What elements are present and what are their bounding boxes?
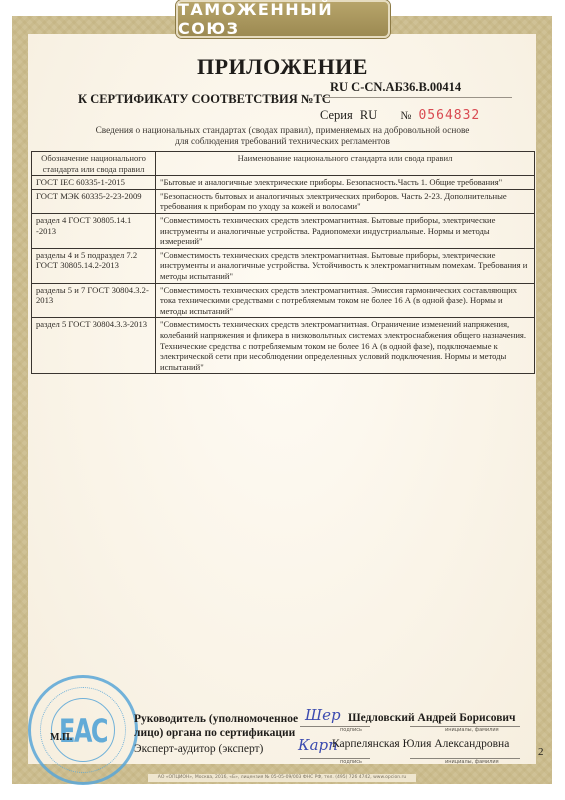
- standard-name: "Безопасность бытовых и аналогичных элек…: [156, 189, 535, 213]
- customs-union-banner: ТАМОЖЕННЫЙ СОЮЗ: [176, 0, 390, 38]
- expert-role-label: Эксперт-аудитор (эксперт): [134, 742, 263, 756]
- standard-code: раздел 4 ГОСТ 30805.14.1 -2013: [32, 213, 156, 248]
- standard-code: раздел 5 ГОСТ 30804.3.3-2013: [32, 318, 156, 374]
- head-role-line-2: лицо) органа по сертификации: [134, 726, 298, 740]
- table-row: разделы 5 и 7 ГОСТ 30804.3.2-2013"Совмес…: [32, 283, 535, 318]
- expert-name-caption: инициалы, фамилия: [445, 759, 499, 765]
- standard-name: "Совместимость технических средств элект…: [156, 248, 535, 283]
- page-number: 2: [538, 746, 544, 758]
- expert-name: Карпелянская Юлия Александровна: [332, 738, 509, 750]
- column-header-code: Обозначение национального стандарта или …: [32, 152, 156, 176]
- printer-imprint: АО «ОПЦИОН», Москва, 2016, «Б», лицензия…: [148, 774, 416, 782]
- document-title: ПРИЛОЖЕНИЕ: [0, 54, 565, 80]
- standard-code: ГОСТ МЭК 60335-2-23-2009: [32, 189, 156, 213]
- table-row: ГОСТ МЭК 60335-2-23-2009"Безопасность бы…: [32, 189, 535, 213]
- number-sign: №: [400, 110, 411, 122]
- eac-stamp: ЕАС: [28, 675, 138, 785]
- head-signature: Шер: [305, 706, 341, 724]
- expert-signature-caption: подпись: [340, 759, 362, 765]
- certificate-number: RU C-CN.АБ36.В.00414: [330, 80, 461, 95]
- intro-text: Сведения о национальных стандартах (свод…: [30, 126, 535, 148]
- head-name: Шедловский Андрей Борисович: [348, 712, 516, 724]
- standards-table: Обозначение национального стандарта или …: [31, 151, 535, 374]
- certificate-number-underline: [322, 97, 512, 98]
- stamp-place-label: М.П.: [50, 732, 72, 743]
- blank-number: 0564832: [418, 108, 480, 123]
- standard-code: разделы 4 и 5 подраздел 7.2 ГОСТ 30805.1…: [32, 248, 156, 283]
- standard-code: ГОСТ IEC 60335-1-2015: [32, 176, 156, 190]
- series-value: RU: [360, 108, 377, 122]
- table-row: раздел 4 ГОСТ 30805.14.1 -2013"Совместим…: [32, 213, 535, 248]
- standard-name: "Бытовые и аналогичные электрические при…: [156, 176, 535, 190]
- standard-name: "Совместимость технических средств элект…: [156, 283, 535, 318]
- intro-line-2: для соблюдения требований технических ре…: [30, 137, 535, 148]
- standard-name: "Совместимость технических средств элект…: [156, 213, 535, 248]
- document-subtitle: К СЕРТИФИКАТУ СООТВЕТСТВИЯ №ТС: [78, 92, 331, 107]
- eac-mark-icon: ЕАС: [44, 712, 122, 750]
- intro-line-1: Сведения о национальных стандартах (свод…: [30, 126, 535, 137]
- column-header-name: Наименование национального стандарта или…: [156, 152, 535, 176]
- head-name-caption: инициалы, фамилия: [445, 727, 499, 733]
- head-role-line-1: Руководитель (уполномоченное: [134, 712, 298, 726]
- table-row: ГОСТ IEC 60335-1-2015"Бытовые и аналогич…: [32, 176, 535, 190]
- series-line: Серия RU № 0564832: [320, 108, 480, 123]
- head-role-label: Руководитель (уполномоченное лицо) орган…: [134, 712, 298, 740]
- head-signature-caption: подпись: [340, 727, 362, 733]
- standard-name: "Совместимость технических средств элект…: [156, 318, 535, 374]
- table-header-row: Обозначение национального стандарта или …: [32, 152, 535, 176]
- standard-code: разделы 5 и 7 ГОСТ 30804.3.2-2013: [32, 283, 156, 318]
- table-row: разделы 4 и 5 подраздел 7.2 ГОСТ 30805.1…: [32, 248, 535, 283]
- series-label: Серия: [320, 108, 353, 122]
- table-row: раздел 5 ГОСТ 30804.3.3-2013"Совместимос…: [32, 318, 535, 374]
